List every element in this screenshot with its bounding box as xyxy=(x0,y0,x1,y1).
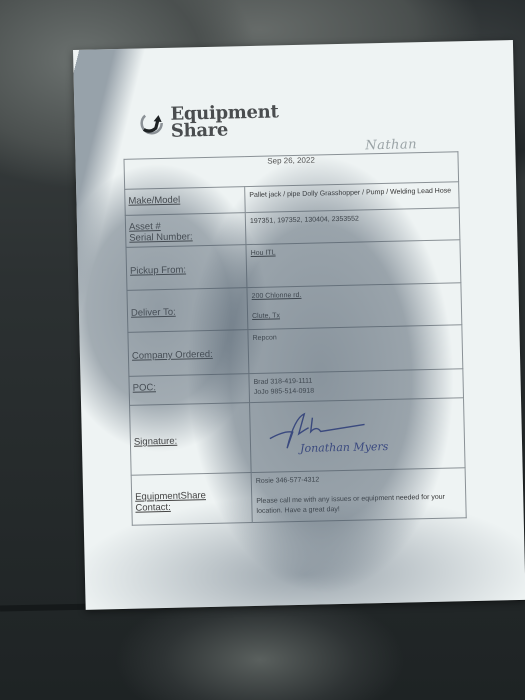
signature-area: Jonathan Myers xyxy=(254,402,460,467)
brand-name-line2: Share xyxy=(171,120,279,139)
delivery-form-table: Sep 26, 2022 Make/Model Pallet jack / pi… xyxy=(123,151,466,526)
pickup-from-value: Hou ITL xyxy=(251,249,276,257)
asset-serial-label: Asset # Serial Number: xyxy=(125,213,246,248)
signature-label: Signature: xyxy=(130,403,252,476)
company-ordered-label: Company Ordered: xyxy=(128,330,249,377)
row-pickup-from: Pickup From: Hou ITL xyxy=(126,240,461,291)
circular-arrow-logo-icon xyxy=(136,108,167,139)
poc-label: POC: xyxy=(129,374,250,406)
row-es-contact: EquipmentShare Contact: Rosie 346-577-43… xyxy=(131,468,466,526)
row-signature: Signature: Jonathan Myers xyxy=(130,398,466,476)
pickup-from-label: Pickup From: xyxy=(126,245,247,291)
brand-logo: Equipment Share xyxy=(136,103,279,140)
row-company-ordered: Company Ordered: Repcon xyxy=(128,325,463,377)
deliver-address-line2: Clute, Tx xyxy=(252,312,280,320)
handwritten-note: Nathan xyxy=(365,137,417,153)
make-model-label: Make/Model xyxy=(125,187,246,216)
serial-label: Serial Number: xyxy=(129,230,242,244)
asset-serial-value: 197351, 197352, 130404, 2353552 xyxy=(245,208,460,245)
deliver-address-line1: 200 Chlonne rd. xyxy=(252,292,302,300)
es-contact-message: Please call me with any issues or equipm… xyxy=(256,492,461,517)
delivery-form-paper: Equipment Share Nathan Sep 26, 2022 Make… xyxy=(73,40,525,610)
es-contact-label: EquipmentShare Contact: xyxy=(131,473,252,526)
signature-printed-name: Jonathan Myers xyxy=(300,442,388,454)
es-contact-label-line2: Contact: xyxy=(135,500,248,514)
deliver-to-label: Deliver To: xyxy=(127,288,248,333)
company-ordered-value: Repcon xyxy=(248,325,463,374)
